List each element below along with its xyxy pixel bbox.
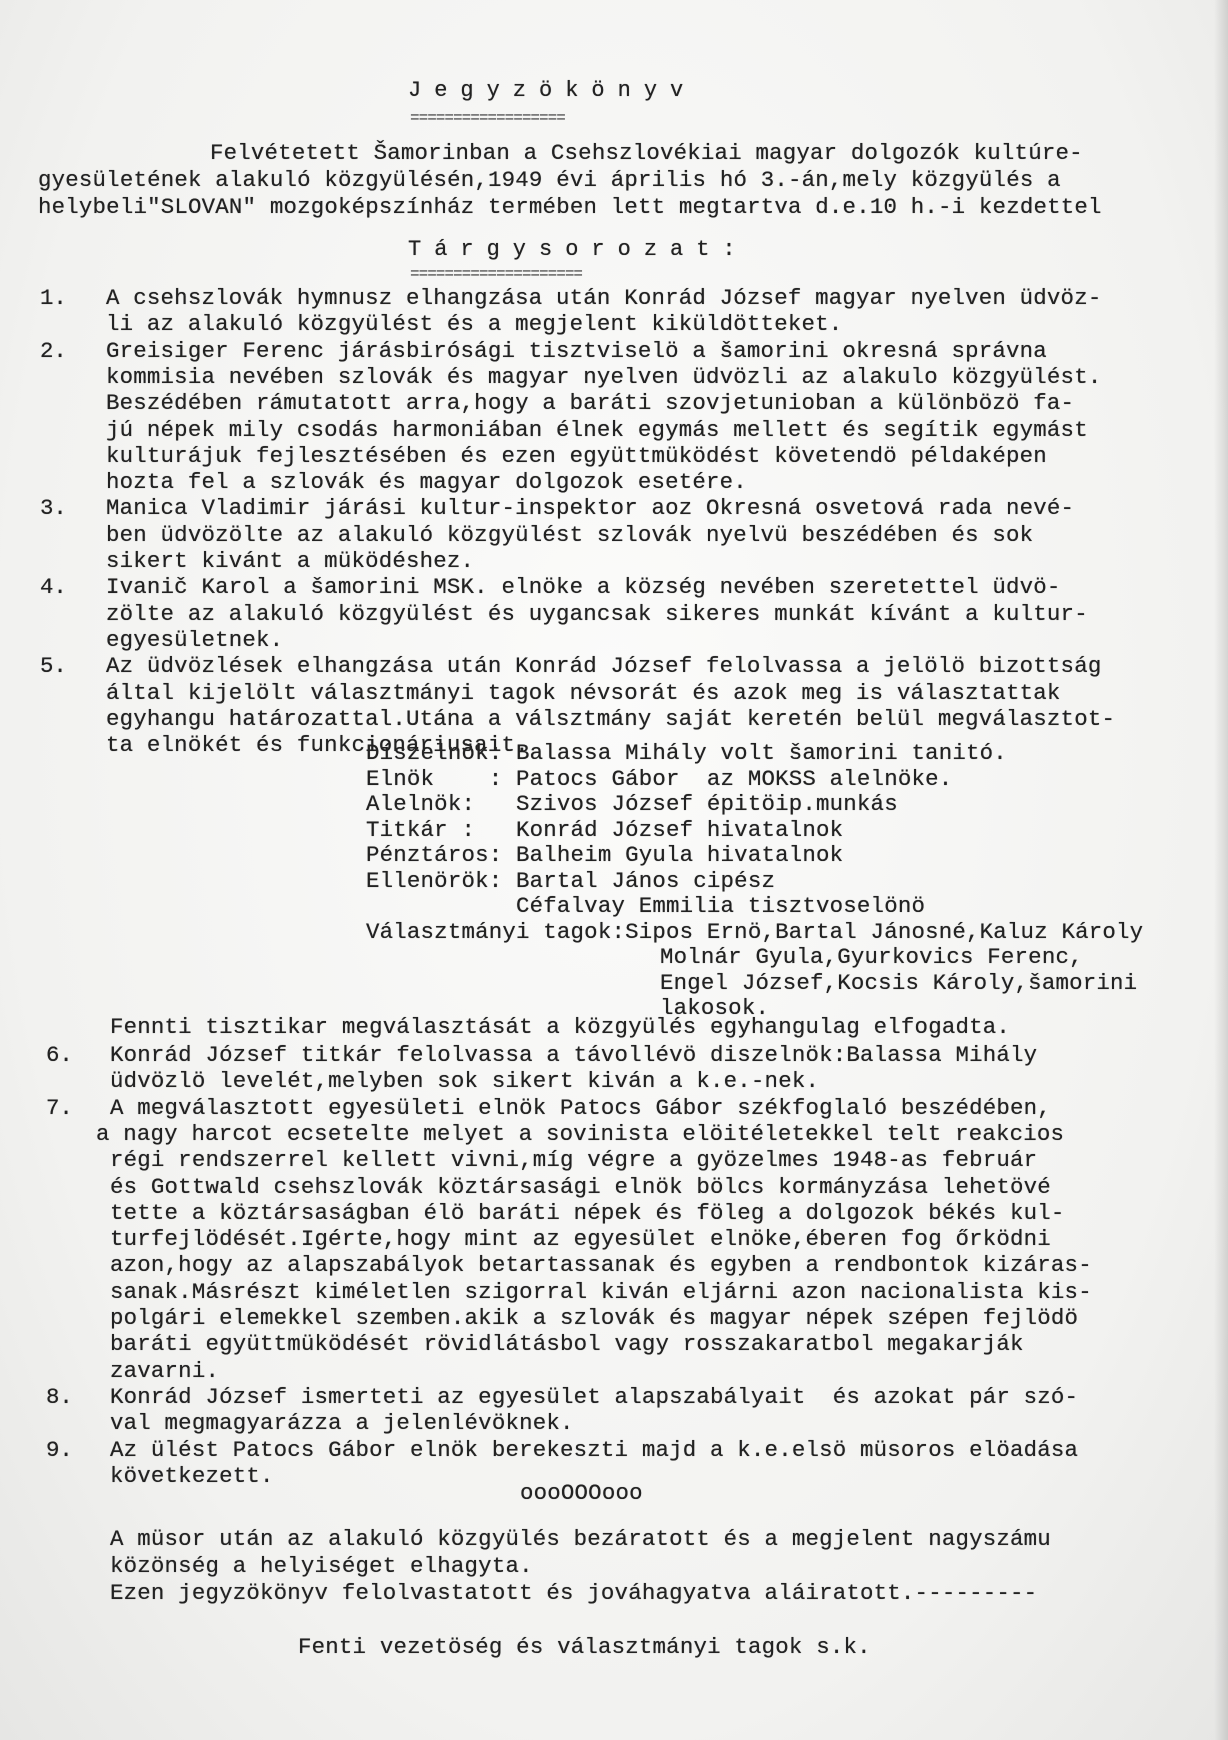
item-number: 8. (46, 1384, 73, 1411)
officer-entry: Alelnök: Szivos József épitöip.munkás (366, 791, 898, 818)
item-text-line: sanak.Másrészt kiméletlen szigorral kivá… (110, 1279, 1092, 1306)
item-text-line: üdvözlö levelét,melyben sok sikert kiván… (110, 1068, 819, 1095)
intro-line: Felvétetett Šamorinban a Csehszlovékiai … (210, 140, 1083, 167)
committee-line: lakosok. (660, 995, 769, 1022)
item-text-line: Ivanič Karol a šamorini MSK. elnöke a kö… (106, 574, 1061, 601)
item-number: 4. (40, 574, 67, 601)
item-number: 7. (46, 1095, 73, 1122)
agenda-underline: ==================== (410, 268, 762, 280)
item-text-line: és Gottwald csehszlovák köztársasági eln… (110, 1174, 1051, 1201)
item-text-line: Konrád József ismerteti az egyesület ala… (110, 1384, 1078, 1411)
item-number: 6. (46, 1042, 73, 1069)
item-text-line: kommisia nevében szlovák és magyar nyelv… (106, 364, 1101, 391)
approval-line: Fennti tisztikar megválasztását a közgyü… (110, 1014, 1010, 1041)
officer-entry: Díszelnök: Balassa Mihály volt šamorini … (366, 740, 1007, 767)
intro-line: gyesületének alakuló közgyülésén,1949 év… (38, 167, 1061, 194)
item-text-line: Manica Vladimir járási kultur-inspektor … (106, 495, 1074, 522)
officer-entry: Titkár : Konrád József hivatalnok (366, 817, 843, 844)
item-text-line: baráti együttmüködését rövidlátásbol vag… (110, 1331, 1024, 1358)
item-text-line: egyesületnek. (106, 627, 283, 654)
paper-edge-shadow (1214, 0, 1228, 1740)
signature-line: Fenti vezetöség és választmányi tagok s.… (298, 1634, 871, 1661)
item-text-line: sikert kivánt a müködéshez. (106, 548, 474, 575)
closing-line: Ezen jegyzökönyv felolvastatott és jováh… (110, 1580, 1037, 1607)
document-title: Jegyzökönyv (408, 78, 696, 103)
item-text-line: A csehszlovák hymnusz elhangzása után Ko… (106, 285, 1101, 312)
officer-entry: Ellenörök: Bartal János cipész (366, 868, 775, 895)
item-text-line: li az alakuló közgyülést és a megjelent … (106, 311, 842, 338)
item-text-line: azon,hogy az alapszabályok betartassanak… (110, 1252, 1092, 1279)
officer-entry: Elnök : Patocs Gábor az MOKSS alelnöke. (366, 766, 952, 793)
item-text-line: turfejlödését.Igérte,hogy mint az egyesü… (110, 1226, 1051, 1253)
item-text-line: Konrád József titkár felolvassa a távoll… (110, 1042, 1037, 1069)
officer-entry: Céfalvay Emmilia tisztvoselönö (366, 893, 925, 920)
item-number: 5. (40, 653, 67, 680)
item-text-line: ben üdvözölte az alakuló közgyülést szlo… (106, 522, 1033, 549)
committee-line: Választmányi tagok:Sipos Ernö,Bartal Ján… (366, 919, 1143, 946)
item-text-line: Greisiger Ferenc járásbirósági tisztvise… (106, 338, 1047, 365)
section-separator: oooOOOooo (520, 1480, 643, 1507)
item-text-line: polgári elemekkel szemben.akik a szlovák… (110, 1305, 1078, 1332)
committee-line: Engel József,Kocsis Károly,šamorini (660, 970, 1137, 997)
item-text-line: egyhangu határozattal.Utána a válsztmány… (106, 706, 1115, 733)
agenda-title: Tárgysorozat: (408, 237, 749, 262)
title-underline: ================== (410, 112, 730, 124)
item-text-line: kulturájuk fejlesztésében és ezen együtt… (106, 443, 1047, 470)
item-text-line: A megválasztott egyesületi elnök Patocs … (110, 1095, 1051, 1122)
intro-line: helybeli"SLOVAN" mozgoképszínház termébe… (38, 194, 1102, 221)
closing-line: A müsor után az alakuló közgyülés bezára… (110, 1526, 1051, 1553)
item-number: 3. (40, 495, 67, 522)
item-text-line: által kijelölt választmányi tagok névsor… (106, 680, 1061, 707)
item-text-line: zavarni. (110, 1358, 219, 1385)
item-text-line: val megmagyarázza a jelenlévöknek. (110, 1410, 574, 1437)
committee-line: Molnár Gyula,Gyurkovics Ferenc, (660, 944, 1083, 971)
item-text-line: Az üdvözlések elhangzása után Konrád Józ… (106, 653, 1101, 680)
item-text-line: zölte az alakuló közgyülést és uygancsak… (106, 601, 1088, 628)
item-number: 2. (40, 338, 67, 365)
item-text-line: jú népek mily csodás harmoniában élnek e… (106, 417, 1088, 444)
item-text-line: tette a köztársaságban élö baráti népek … (110, 1200, 1065, 1227)
item-text-line: hozta fel a szlovák és magyar dolgozok e… (106, 469, 747, 496)
officer-entry: Pénztáros: Balheim Gyula hivatalnok (366, 842, 843, 869)
item-number: 9. (46, 1437, 73, 1464)
item-text-line: Beszédében rámutatott arra,hogy a baráti… (106, 390, 1074, 417)
item-text-line: a nagy harcot ecsetelte melyet a sovinis… (96, 1121, 1064, 1148)
document-page: Jegyzökönyv ================== Tárgysoro… (0, 0, 1228, 1740)
closing-line: közönség a helyiséget elhagyta. (110, 1553, 533, 1580)
item-text-line: régi rendszerrel kellett vivni,míg végre… (110, 1147, 1037, 1174)
item-text-line: következett. (110, 1463, 274, 1490)
item-number: 1. (40, 285, 67, 312)
item-text-line: Az ülést Patocs Gábor elnök berekeszti m… (110, 1437, 1078, 1464)
